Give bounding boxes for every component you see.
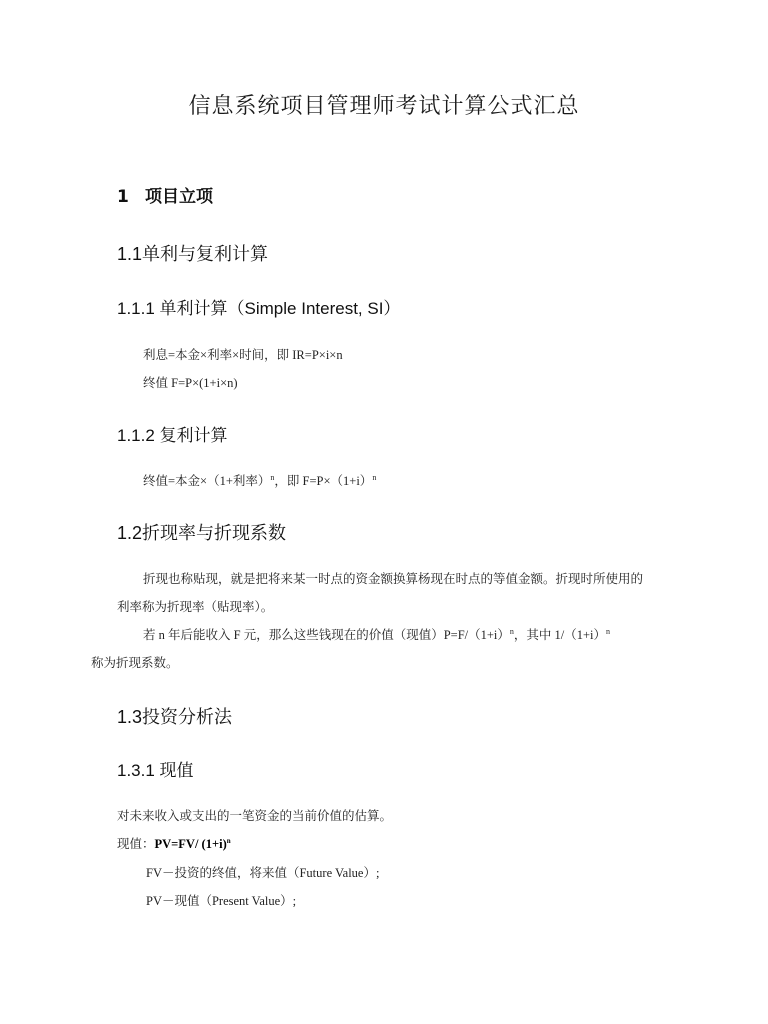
discount-para-mid: ，其中 1/（1+i） — [514, 628, 606, 642]
section-1-1-1-heading: 1.1.1 单利计算（Simple Interest, SI） — [117, 294, 400, 319]
discount-factor-paragraph: 若 n 年后能收入 F 元，那么这些钱现在的价值（现值）P=F/（1+i）n，其… — [117, 621, 653, 677]
compound-formula-prefix: 终值=本金×（1+利率） — [143, 474, 270, 488]
exponent: n — [606, 627, 610, 636]
section-1-1-2-heading: 1.1.2 复利计算 — [117, 421, 228, 446]
compound-interest-formula: 终值=本金×（1+利率）n，即 F=P×（1+i）n — [143, 471, 376, 489]
present-value-formula-line: 现值：PV=FV/ (1+i)n — [117, 834, 231, 852]
discount-para-suffix: 称为折现系数。 — [91, 656, 179, 670]
exponent: n — [372, 473, 376, 482]
discount-definition-paragraph: 折现也称贴现，就是把将来某一时点的资金额换算杨现在时点的等值金额。折现时所使用的… — [117, 565, 653, 621]
simple-interest-future-value: 终值 F=P×(1+i×n) — [143, 373, 238, 391]
section-1-heading: 1项目立项 — [117, 182, 213, 207]
section-1-1-heading: 1.1单利与复利计算 — [117, 240, 268, 266]
pv-definition: PV－现值（Present Value）; — [146, 891, 296, 909]
section-1-2-heading: 1.2折现率与折现系数 — [117, 519, 286, 545]
section-1-number: 1 — [117, 187, 145, 207]
simple-interest-formula: 利息=本金×利率×时间，即 IR=P×i×n — [143, 345, 343, 363]
fv-definition: FV－投资的终值，将来值（Future Value）; — [146, 863, 379, 881]
document-title: 信息系统项目管理师考试计算公式汇总 — [0, 89, 768, 120]
present-value-formula: PV=FV/ (1+i) — [155, 837, 227, 851]
section-1-label: 项目立项 — [145, 187, 213, 207]
compound-formula-mid: ，即 F=P×（1+i） — [274, 474, 372, 488]
exponent: n — [227, 837, 231, 845]
section-1-3-1-heading: 1.3.1 现值 — [117, 756, 194, 781]
discount-para-prefix: 若 n 年后能收入 F 元，那么这些钱现在的价值（现值）P=F/（1+i） — [143, 628, 510, 642]
document-page: 信息系统项目管理师考试计算公式汇总 1项目立项 1.1单利与复利计算 1.1.1… — [0, 0, 768, 1024]
section-1-3-heading: 1.3投资分析法 — [117, 703, 232, 729]
present-value-intro: 对未来收入或支出的一笔资金的当前价值的估算。 — [117, 806, 392, 824]
formula-label: 现值： — [117, 837, 155, 851]
